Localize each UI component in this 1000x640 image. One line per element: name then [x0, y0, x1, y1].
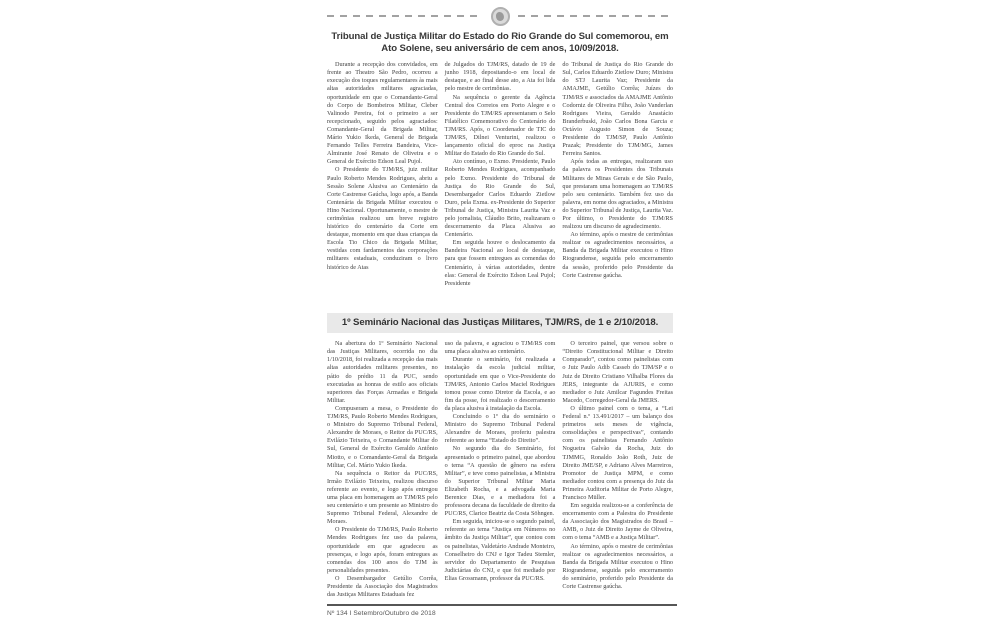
text-column-2: de Julgados do TJM/RS, datado de 19 de j…: [445, 61, 556, 306]
paragraph: O último painel com o tema, a “Lei Feder…: [562, 405, 673, 502]
paragraph: Ato contínuo, o Exmo. Presidente, Paulo …: [445, 158, 556, 239]
article-seminar-title: 1º Seminário Nacional das Justiças Milit…: [327, 313, 673, 333]
paragraph: O Desembargador Getúlio Corrêa, Presiden…: [327, 575, 438, 598]
paragraph: Na sequência o Reitor da PUC/RS, Irmão E…: [327, 470, 438, 527]
text-column-2: uso da palavra, e agraciou o TJM/RS com …: [445, 340, 556, 598]
footer-rule: [327, 604, 677, 606]
seal-crest: [496, 12, 504, 21]
newsletter-page: Tribunal de Justiça Militar do Estado do…: [327, 0, 673, 598]
dash-divider-left: [327, 15, 483, 17]
article-seminar: 1º Seminário Nacional das Justiças Milit…: [327, 313, 673, 598]
paragraph: Em seguida, iniciou-se o segundo painel,…: [445, 518, 556, 583]
masthead: [327, 7, 673, 25]
paragraph: Concluindo o 1º dia do seminário o Minis…: [445, 413, 556, 445]
paragraph: Ao término, após o mestre de cerimônias …: [562, 231, 673, 280]
article-centenary-title: Tribunal de Justiça Militar do Estado do…: [327, 31, 673, 54]
paragraph: Na sequência o gerente da Agência Centra…: [445, 94, 556, 159]
paragraph: Em seguida realizou-se a conferência de …: [562, 502, 673, 542]
paragraph: Compuseram a mesa, o Presidente do TJM/R…: [327, 405, 438, 470]
paragraph: do Tribunal de Justiça do Rio Grande do …: [562, 61, 673, 158]
justice-seal-icon: [491, 7, 510, 26]
paragraph: de Julgados do TJM/RS, datado de 19 de j…: [445, 61, 556, 93]
paragraph: Durante a recepção dos convidados, em fr…: [327, 61, 438, 166]
paragraph: O terceiro painel, que versou sobre o “D…: [562, 340, 673, 405]
paragraph: Durante o seminário, foi realizada a ins…: [445, 356, 556, 413]
paragraph: O Presidente do TJM/RS, juiz militar Pau…: [327, 166, 438, 271]
text-column-3: do Tribunal de Justiça do Rio Grande do …: [562, 61, 673, 306]
article-centenary-columns: Durante a recepção dos convidados, em fr…: [327, 61, 673, 306]
article-centenary: Tribunal de Justiça Militar do Estado do…: [327, 31, 673, 306]
text-column-1: Durante a recepção dos convidados, em fr…: [327, 61, 438, 306]
text-column-1: Na abertura do 1º Seminário Nacional das…: [327, 340, 438, 598]
text-column-3: O terceiro painel, que versou sobre o “D…: [562, 340, 673, 598]
page-footer: Nº 134 I Setembro/Outubro de 2018: [327, 604, 677, 617]
issue-number: Nº 134 I Setembro/Outubro de 2018: [327, 610, 677, 617]
paragraph: Em seguida houve o deslocamento da Bande…: [445, 239, 556, 288]
paragraph: O Presidente do TJM/RS, Paulo Roberto Me…: [327, 526, 438, 575]
paragraph: uso da palavra, e agraciou o TJM/RS com …: [445, 340, 556, 356]
article-seminar-columns: Na abertura do 1º Seminário Nacional das…: [327, 340, 673, 598]
paragraph: Ao término, após o mestre de cerimônias …: [562, 543, 673, 592]
paragraph: Na abertura do 1º Seminário Nacional das…: [327, 340, 438, 405]
paragraph: No segundo dia do Seminário, foi apresen…: [445, 445, 556, 518]
dash-divider-right: [518, 15, 674, 17]
paragraph: Após todas as entregas, realizaram uso d…: [562, 158, 673, 231]
